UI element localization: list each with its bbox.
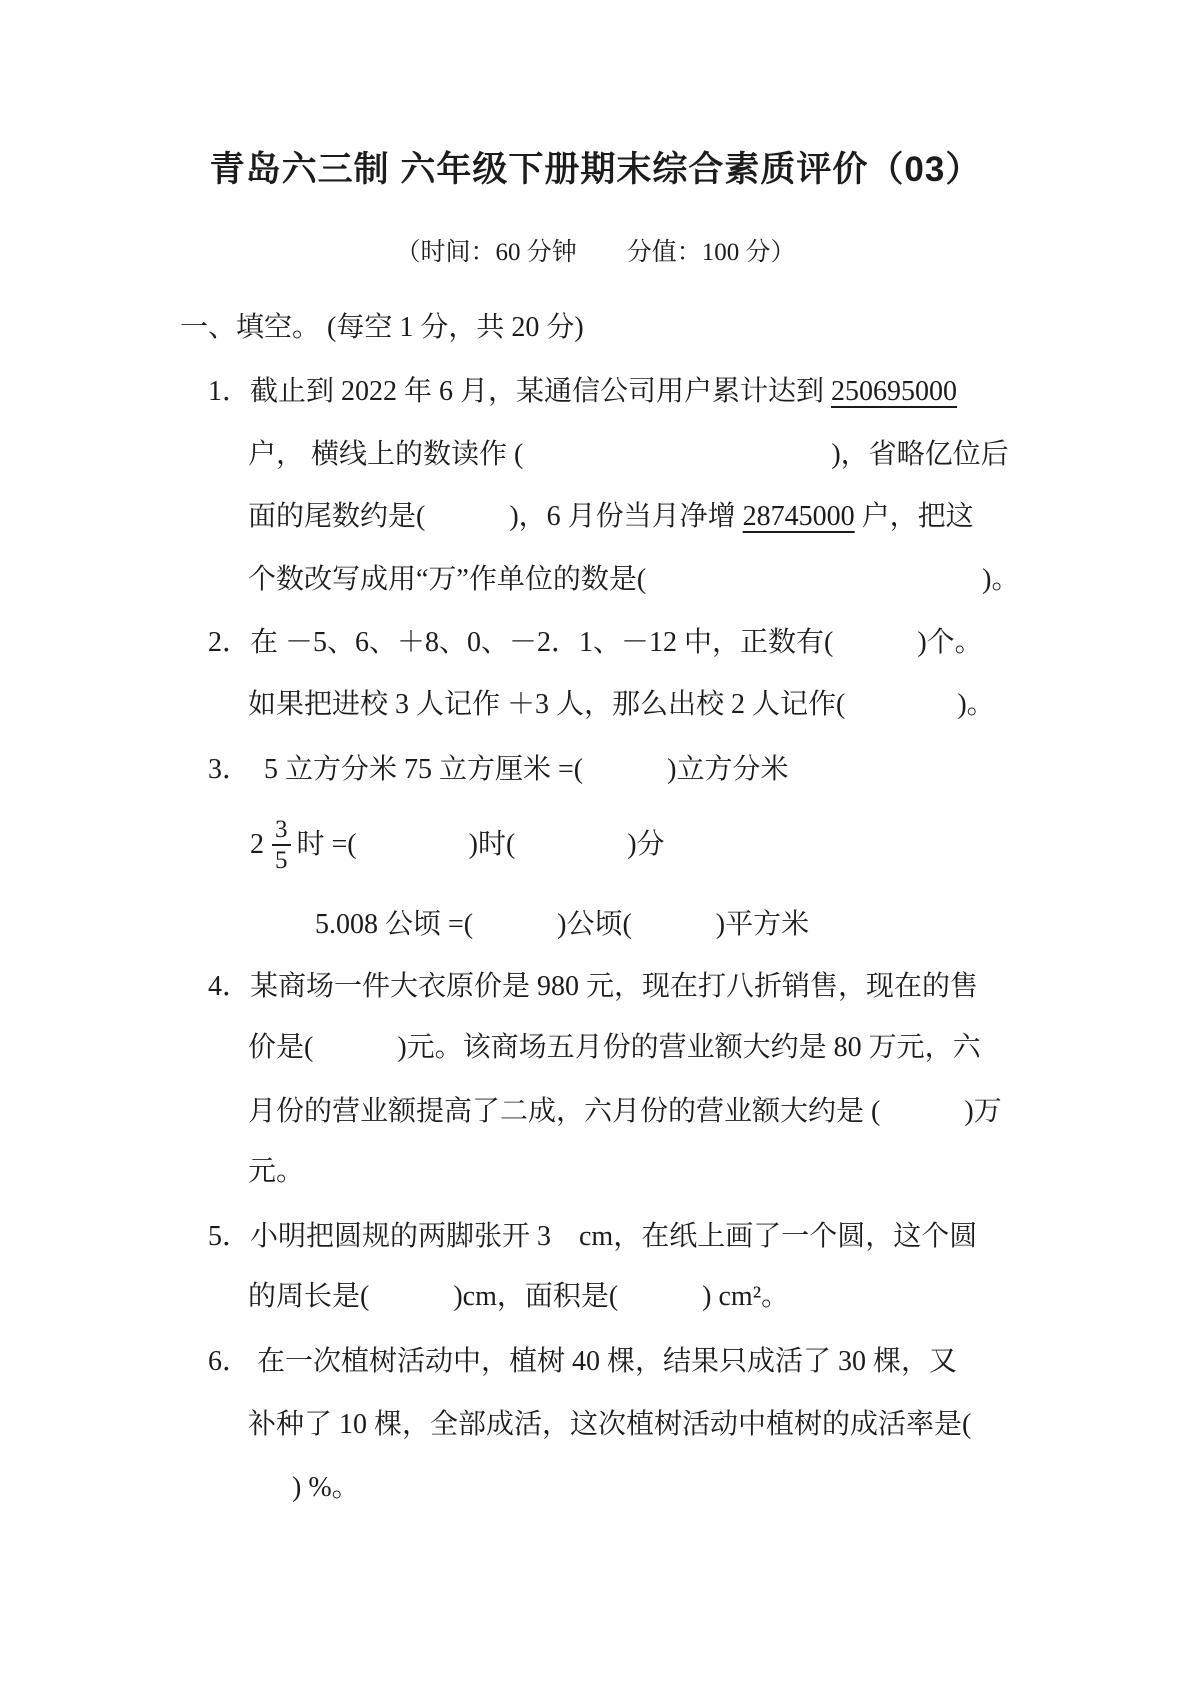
q1-underlined-number: 250695000 [831, 376, 957, 407]
q1-underlined-number-2: 28745000 [743, 501, 855, 532]
q5-line-1: 5．小明把圆规的两脚张开 3 cm，在纸上画了一个圆，这个圆 [208, 1217, 977, 1257]
q1-line-1: 1．截止到 2022 年 6 月，某通信公司用户累计达到 250695000 [208, 372, 957, 412]
q1-line-1-text: 1．截止到 2022 年 6 月，某通信公司用户累计达到 [208, 376, 831, 407]
q3-line-3: 5.008 公顷 =( )公顷( )平方米 [315, 905, 809, 945]
q1-line-4: 个数改写成用“万”作单位的数是( )。 [248, 560, 1020, 600]
fraction-denominator: 5 [275, 846, 288, 875]
q4-line-2: 价是( )元。该商场五月份的营业额大约是 80 万元，六 [248, 1028, 981, 1068]
q1-line-2: 户， 横线上的数读作 ( )，省略亿位后 [248, 435, 1009, 475]
fraction: 35 [272, 816, 291, 875]
q2-line-1: 2．在 －5、6、＋8、0、－2．1、－12 中，正数有( )个。 [208, 623, 983, 663]
fraction-numerator: 3 [272, 816, 291, 847]
fraction-whole-number: 2 [250, 825, 264, 865]
q1-line-3: 面的尾数约是( )，6 月份当月净增 28745000 户，把这 [248, 497, 974, 537]
page-title: 青岛六三制 六年级下册期末综合素质评价（03） [0, 148, 1191, 192]
q3-line-2-fraction: 235时 =( )时( )分 [250, 797, 665, 893]
q2-line-2: 如果把进校 3 人记作 ＋3 人，那么出校 2 人记作( )。 [248, 685, 995, 725]
q6-line-2: 补种了 10 棵，全部成活，这次植树活动中植树的成活率是( [248, 1405, 971, 1445]
q4-line-3: 月份的营业额提高了二成，六月份的营业额大约是 ( )万 [248, 1092, 1002, 1132]
q3-line-1: 3． 5 立方分米 75 立方厘米 =( )立方分米 [208, 750, 788, 790]
q6-line-3: ) %。 [292, 1468, 360, 1508]
q3-line-2-text: 时 =( )时( )分 [297, 825, 665, 865]
section-1-heading: 一、填空。 (每空 1 分，共 20 分) [180, 308, 584, 348]
exam-meta: （时间：60 分钟 分值：100 分） [0, 236, 1191, 270]
q1-line-3-text: 面的尾数约是( )，6 月份当月净增 [248, 501, 743, 532]
q6-line-1: 6． 在一次植树活动中，植树 40 棵，结果只成活了 30 棵，又 [208, 1342, 957, 1382]
worksheet-page: 青岛六三制 六年级下册期末综合素质评价（03） （时间：60 分钟 分值：100… [0, 0, 1191, 1684]
q4-line-1: 4．某商场一件大衣原价是 980 元，现在打八折销售，现在的售 [208, 967, 978, 1007]
q4-line-4: 元。 [248, 1152, 304, 1192]
q1-line-3-tail: 户，把这 [855, 501, 974, 532]
q5-line-2: 的周长是( )cm，面积是( ) cm²。 [248, 1277, 789, 1317]
